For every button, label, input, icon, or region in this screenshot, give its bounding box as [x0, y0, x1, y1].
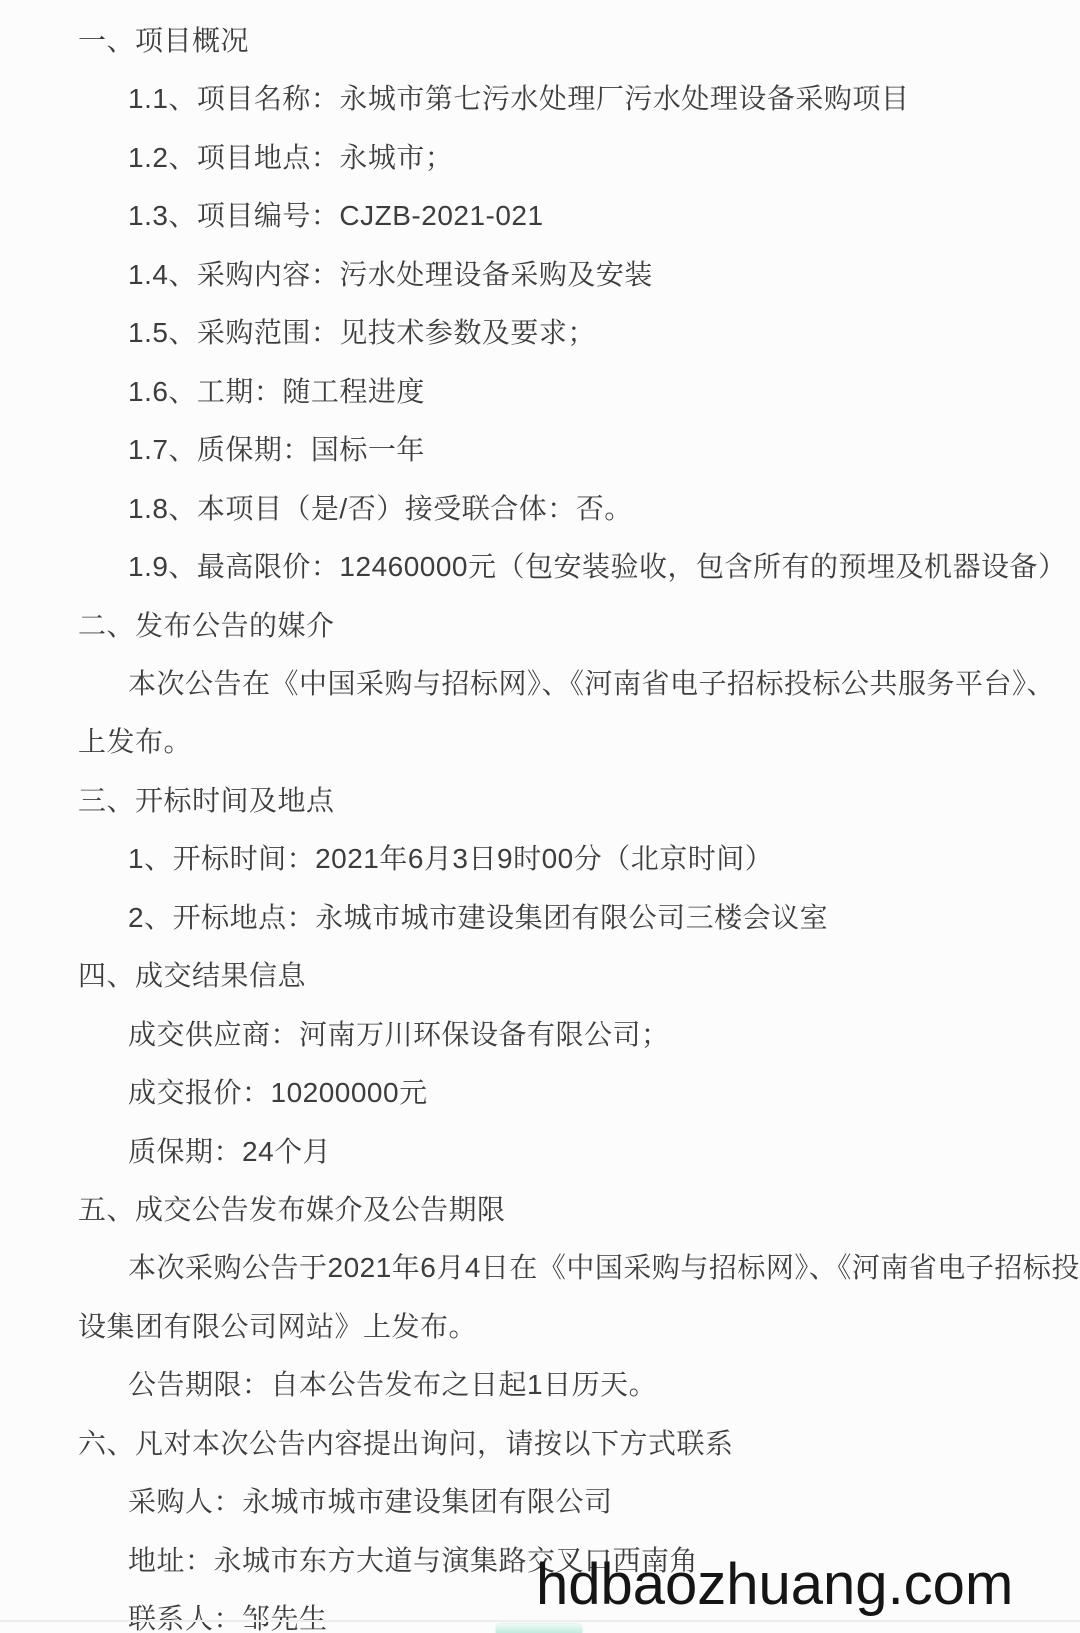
document-line: 1.4、采购内容：污水处理设备采购及安装 — [128, 259, 653, 291]
document-line: 1.1、项目名称：永城市第七污水处理厂污水处理设备采购项目 — [128, 83, 909, 115]
document-line: 2、开标地点：永城市城市建设集团有限公司三楼会议室 — [128, 902, 828, 934]
document-line: 本次公告在《中国采购与招标网》、《河南省电子招标投标公共服务平台》、 — [128, 668, 1055, 700]
document-line: 二、发布公告的媒介 — [78, 610, 335, 642]
watermark: hdbaozhuang.com — [536, 1556, 1013, 1614]
document-line: 成交供应商：河南万川环保设备有限公司； — [128, 1019, 670, 1051]
document-line: 本次采购公告于2021年6月4日在《中国采购与招标网》、《河南省电子招标投 — [128, 1252, 1080, 1284]
document-line: 质保期：24个月 — [128, 1136, 331, 1168]
bottom-divider — [0, 1620, 1080, 1622]
document-line: 采购人：永城市城市建设集团有限公司 — [128, 1486, 613, 1518]
document-line: 1.9、最高限价：12460000元（包安装验收，包含所有的预埋及机器设备） — [128, 551, 1067, 583]
document-line: 成交报价：10200000元 — [128, 1077, 428, 1109]
document-line: 1、开标时间：2021年6月3日9时00分（北京时间） — [128, 843, 773, 875]
document-line: 1.5、采购范围：见技术参数及要求； — [128, 317, 596, 349]
document-line: 1.2、项目地点：永城市； — [128, 142, 453, 174]
document-line: 五、成交公告发布媒介及公告期限 — [78, 1194, 506, 1226]
document-line: 1.7、质保期：国标一年 — [128, 434, 425, 466]
document-line: 四、成交结果信息 — [78, 960, 306, 992]
document-line: 六、凡对本次公告内容提出询问，请按以下方式联系 — [78, 1428, 734, 1460]
document-line: 1.6、工期：随工程进度 — [128, 376, 425, 408]
document-line: 联系人：邹先生 — [128, 1603, 328, 1633]
document-body: 一、项目概况1.1、项目名称：永城市第七污水处理厂污水处理设备采购项目1.2、项… — [0, 0, 1080, 1633]
document-line: 公告期限：自本公告发布之日起1日历天。 — [128, 1369, 657, 1401]
keyboard-peek-accent — [496, 1624, 582, 1633]
document-line: 一、项目概况 — [78, 25, 249, 57]
document-line: 设集团有限公司网站》上发布。 — [78, 1311, 477, 1343]
document-line: 三、开标时间及地点 — [78, 785, 335, 817]
document-line: 上发布。 — [78, 726, 192, 758]
document-line: 1.8、本项目（是/否）接受联合体：否。 — [128, 493, 633, 525]
document-line: 1.3、项目编号：CJZB-2021-021 — [128, 200, 544, 232]
